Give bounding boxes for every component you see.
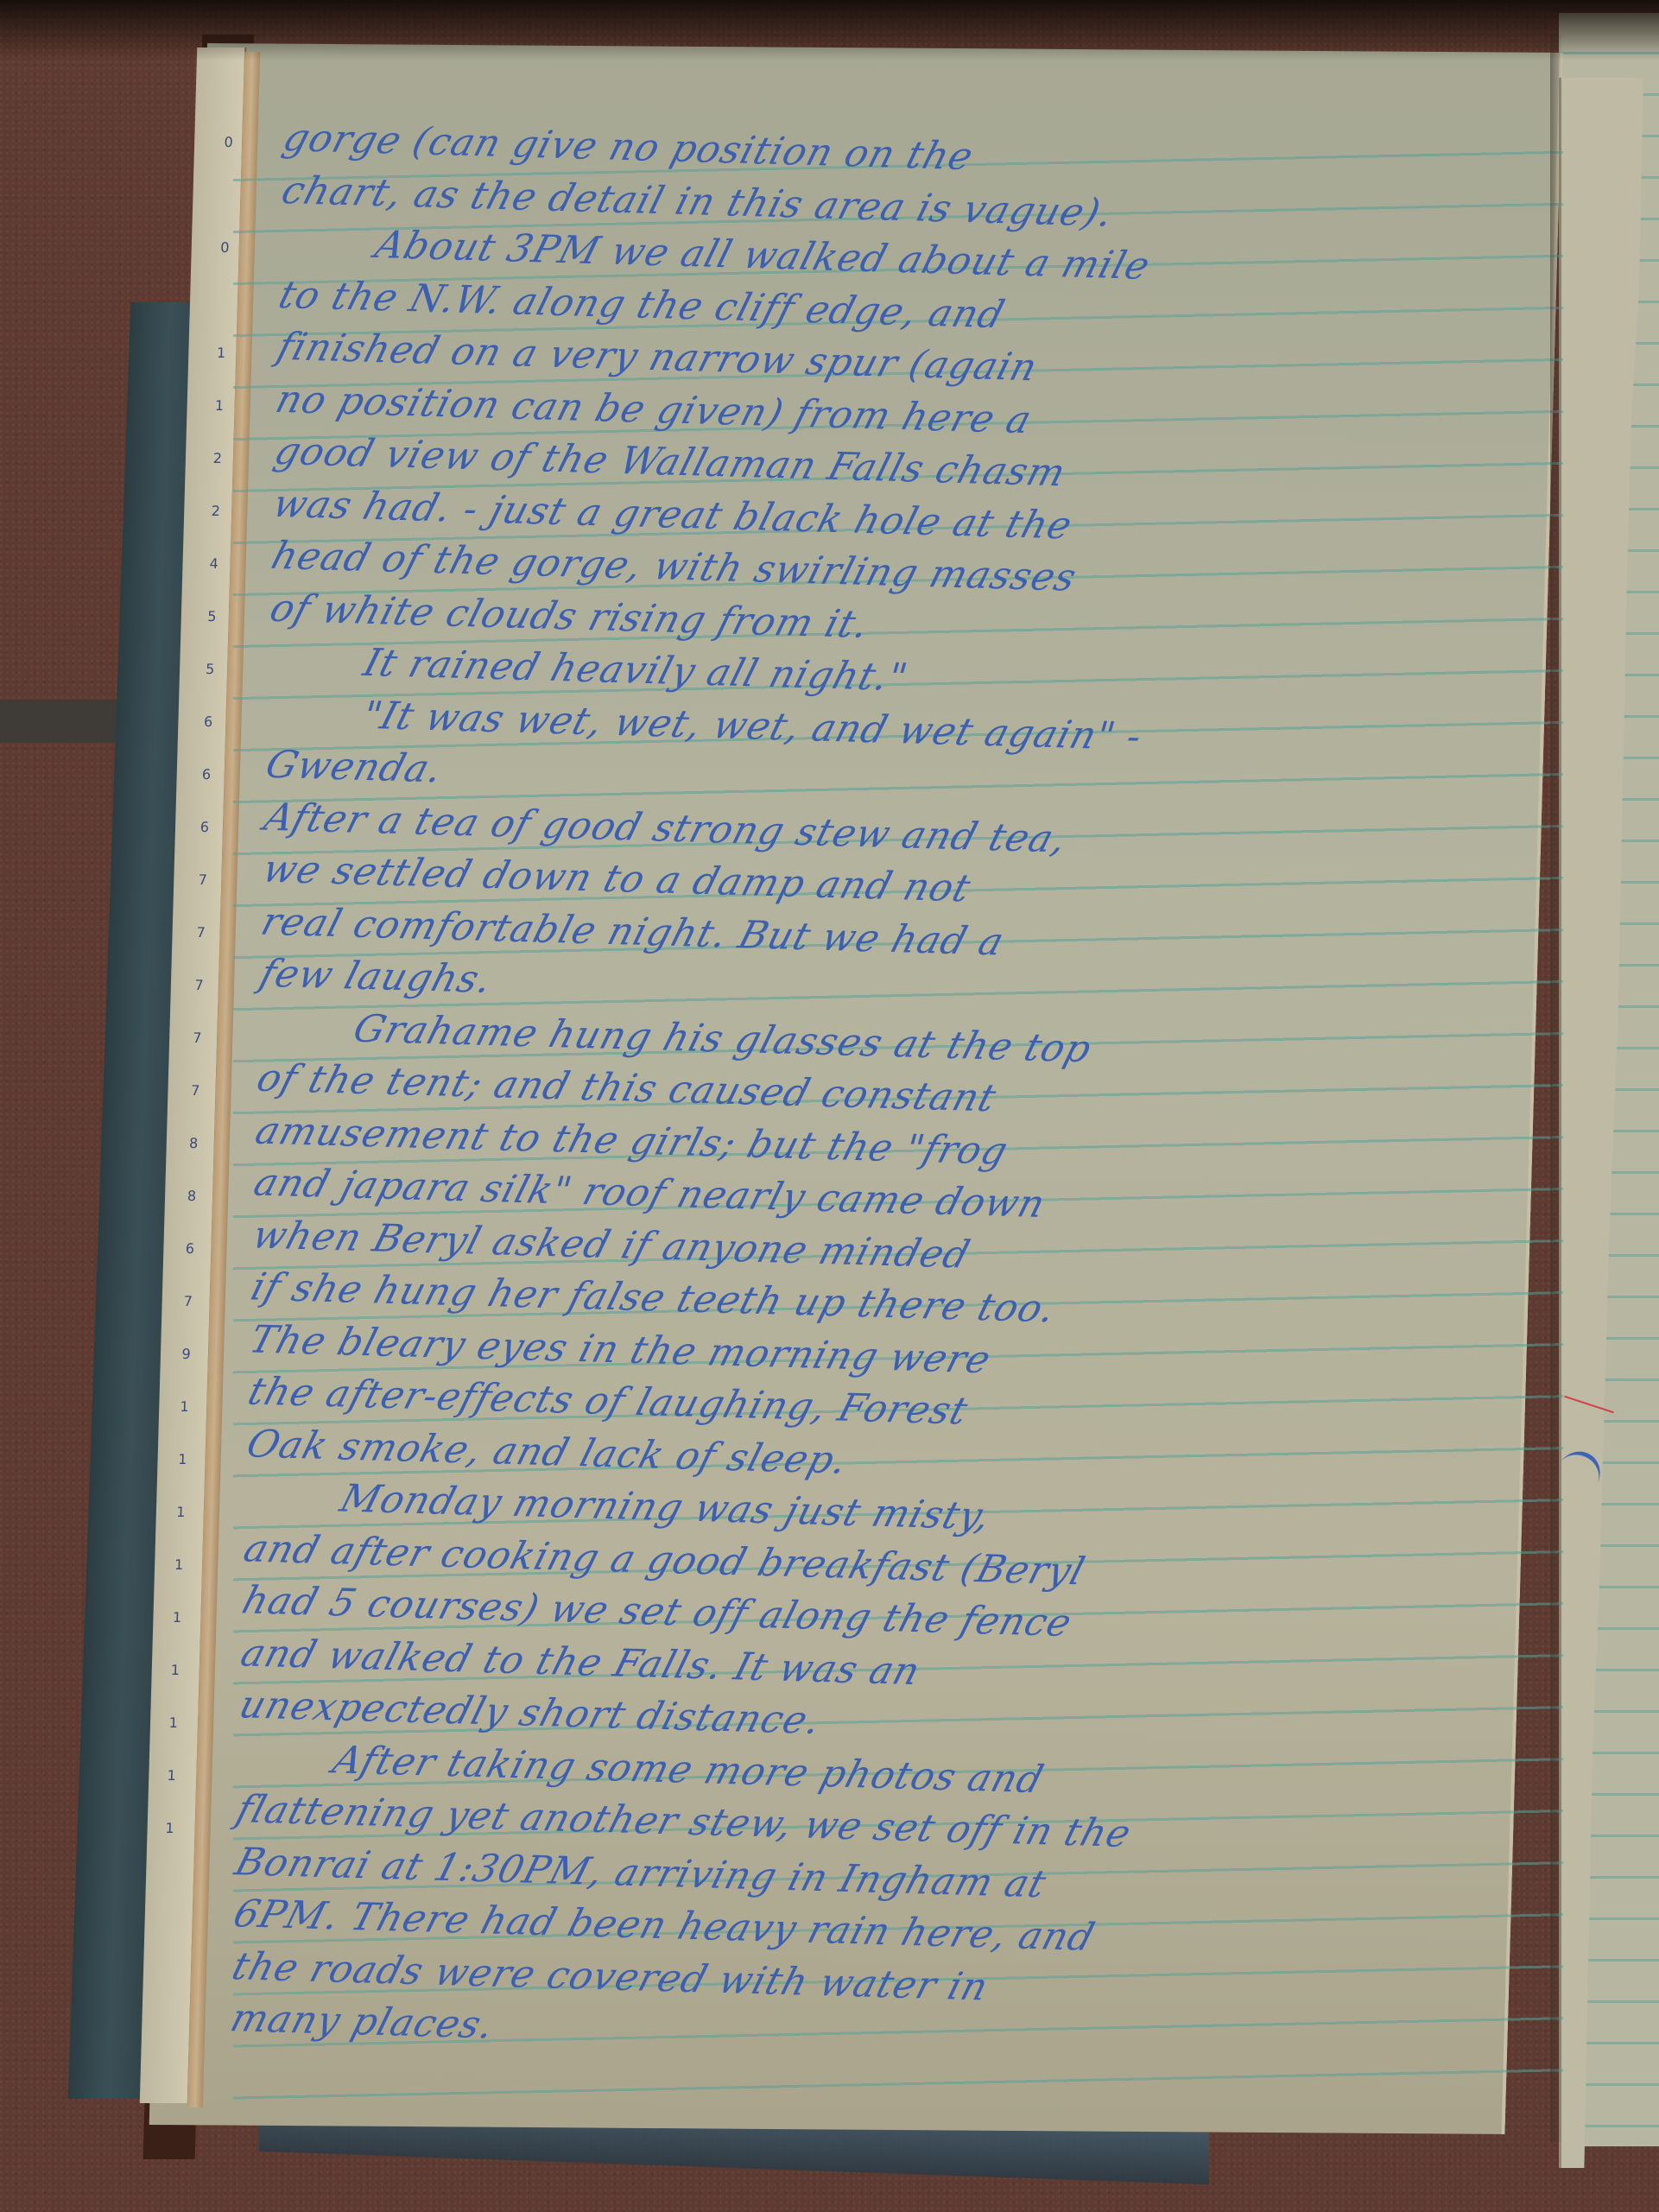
margin-number: 8 [172,1131,216,1157]
margin-number: 5 [188,656,232,682]
margin-number: 7 [180,867,225,893]
margin-number: 1 [199,340,244,366]
margin-number: 4 [192,551,236,577]
margin-number: 7 [174,1078,218,1104]
margin-number: 1 [151,1710,195,1736]
margin-number [201,288,245,314]
margin-number: 0 [203,235,247,261]
margin-number: 1 [153,1657,197,1683]
margin-number: 1 [149,1763,193,1789]
margin-number: 7 [177,973,221,998]
margin-number: 8 [169,1183,213,1209]
margin-number: 2 [193,498,237,524]
margin-number: 2 [195,446,239,472]
margin-number: 1 [148,1816,192,1841]
margin-number: 1 [157,1552,201,1578]
margin-number [205,182,249,208]
margin-number: 9 [164,1341,208,1367]
margin-number: 6 [182,814,226,840]
margin-number: 1 [161,1447,205,1473]
margin-number: 6 [168,1236,212,1262]
margin-number: 1 [155,1605,199,1631]
margin-number: 1 [159,1499,203,1525]
margin-number: 6 [185,762,229,788]
top-shadow [0,0,1659,60]
margin-number: 0 [206,130,250,155]
margin-number: 6 [187,709,231,735]
margin-number: 7 [179,920,223,946]
margin-number: 1 [162,1394,206,1420]
margin-number: 7 [166,1289,210,1315]
margin-number: 1 [197,393,241,419]
handwritten-text: gorge (can give no position on thechart,… [231,112,1536,2080]
margin-number: 7 [175,1025,219,1051]
gutter-shadow [1550,35,1562,2142]
margin-number: 5 [190,604,234,630]
